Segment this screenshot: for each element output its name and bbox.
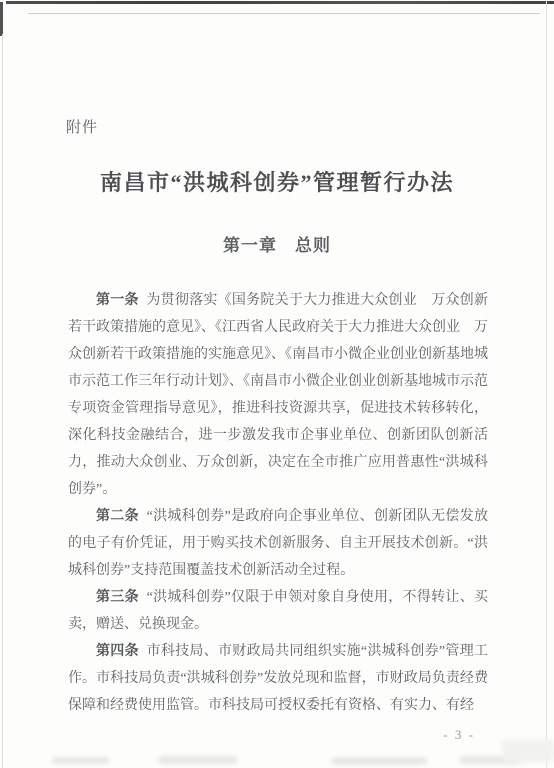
- scan-edge-top: [6, 1, 554, 4]
- page-number: - 3 -: [443, 726, 475, 744]
- scan-artifact-smudge: [52, 757, 110, 764]
- article-2-number: 第二条: [96, 509, 139, 524]
- scanned-document-page: 附件 南昌市“洪城科创券”管理暂行办法 第一章 总则 第一条为贯彻落实《国务院关…: [0, 0, 554, 768]
- scan-edge-left: [2, 34, 3, 768]
- chapter-heading: 第一章 总则: [0, 235, 554, 257]
- article-1-number: 第一条: [96, 293, 139, 308]
- scan-edge-left-corner: [0, 2, 3, 36]
- body-paragraph-article-2: 第二条“洪城科创券”是政府向企事业单位、创新团队无偿发放的电子有价凭证，用于购买…: [68, 503, 488, 584]
- scan-artifact-smudge: [502, 740, 554, 762]
- scan-artifact-smudge: [158, 756, 238, 764]
- attachment-label: 附件: [66, 118, 98, 138]
- body-paragraph-article-4: 第四条市科技局、市财政局共同组织实施“洪城科创券”管理工作。市科技局负责“洪城科…: [68, 638, 488, 719]
- article-3-number: 第三条: [96, 590, 139, 605]
- article-1-text: 为贯彻落实《国务院关于大力推进大众创业 万众创新若干政策措施的意见》、《江西省人…: [68, 293, 488, 497]
- scan-artifact-smudge: [332, 757, 427, 765]
- article-4-number: 第四条: [96, 644, 139, 659]
- scan-edge-top-shadow: [28, 13, 540, 14]
- body-paragraph-article-1: 第一条为贯彻落实《国务院关于大力推进大众创业 万众创新若干政策措施的意见》、《江…: [68, 287, 488, 503]
- body-paragraph-article-3: 第三条“洪城科创券”仅限于申领对象自身使用，不得转让、买卖，赠送、兑换现金。: [68, 584, 488, 638]
- scan-edge-right: [546, 0, 547, 768]
- document-body: 第一条为贯彻落实《国务院关于大力推进大众创业 万众创新若干政策措施的意见》、《江…: [68, 287, 488, 719]
- document-title: 南昌市“洪城科创券”管理暂行办法: [0, 168, 554, 198]
